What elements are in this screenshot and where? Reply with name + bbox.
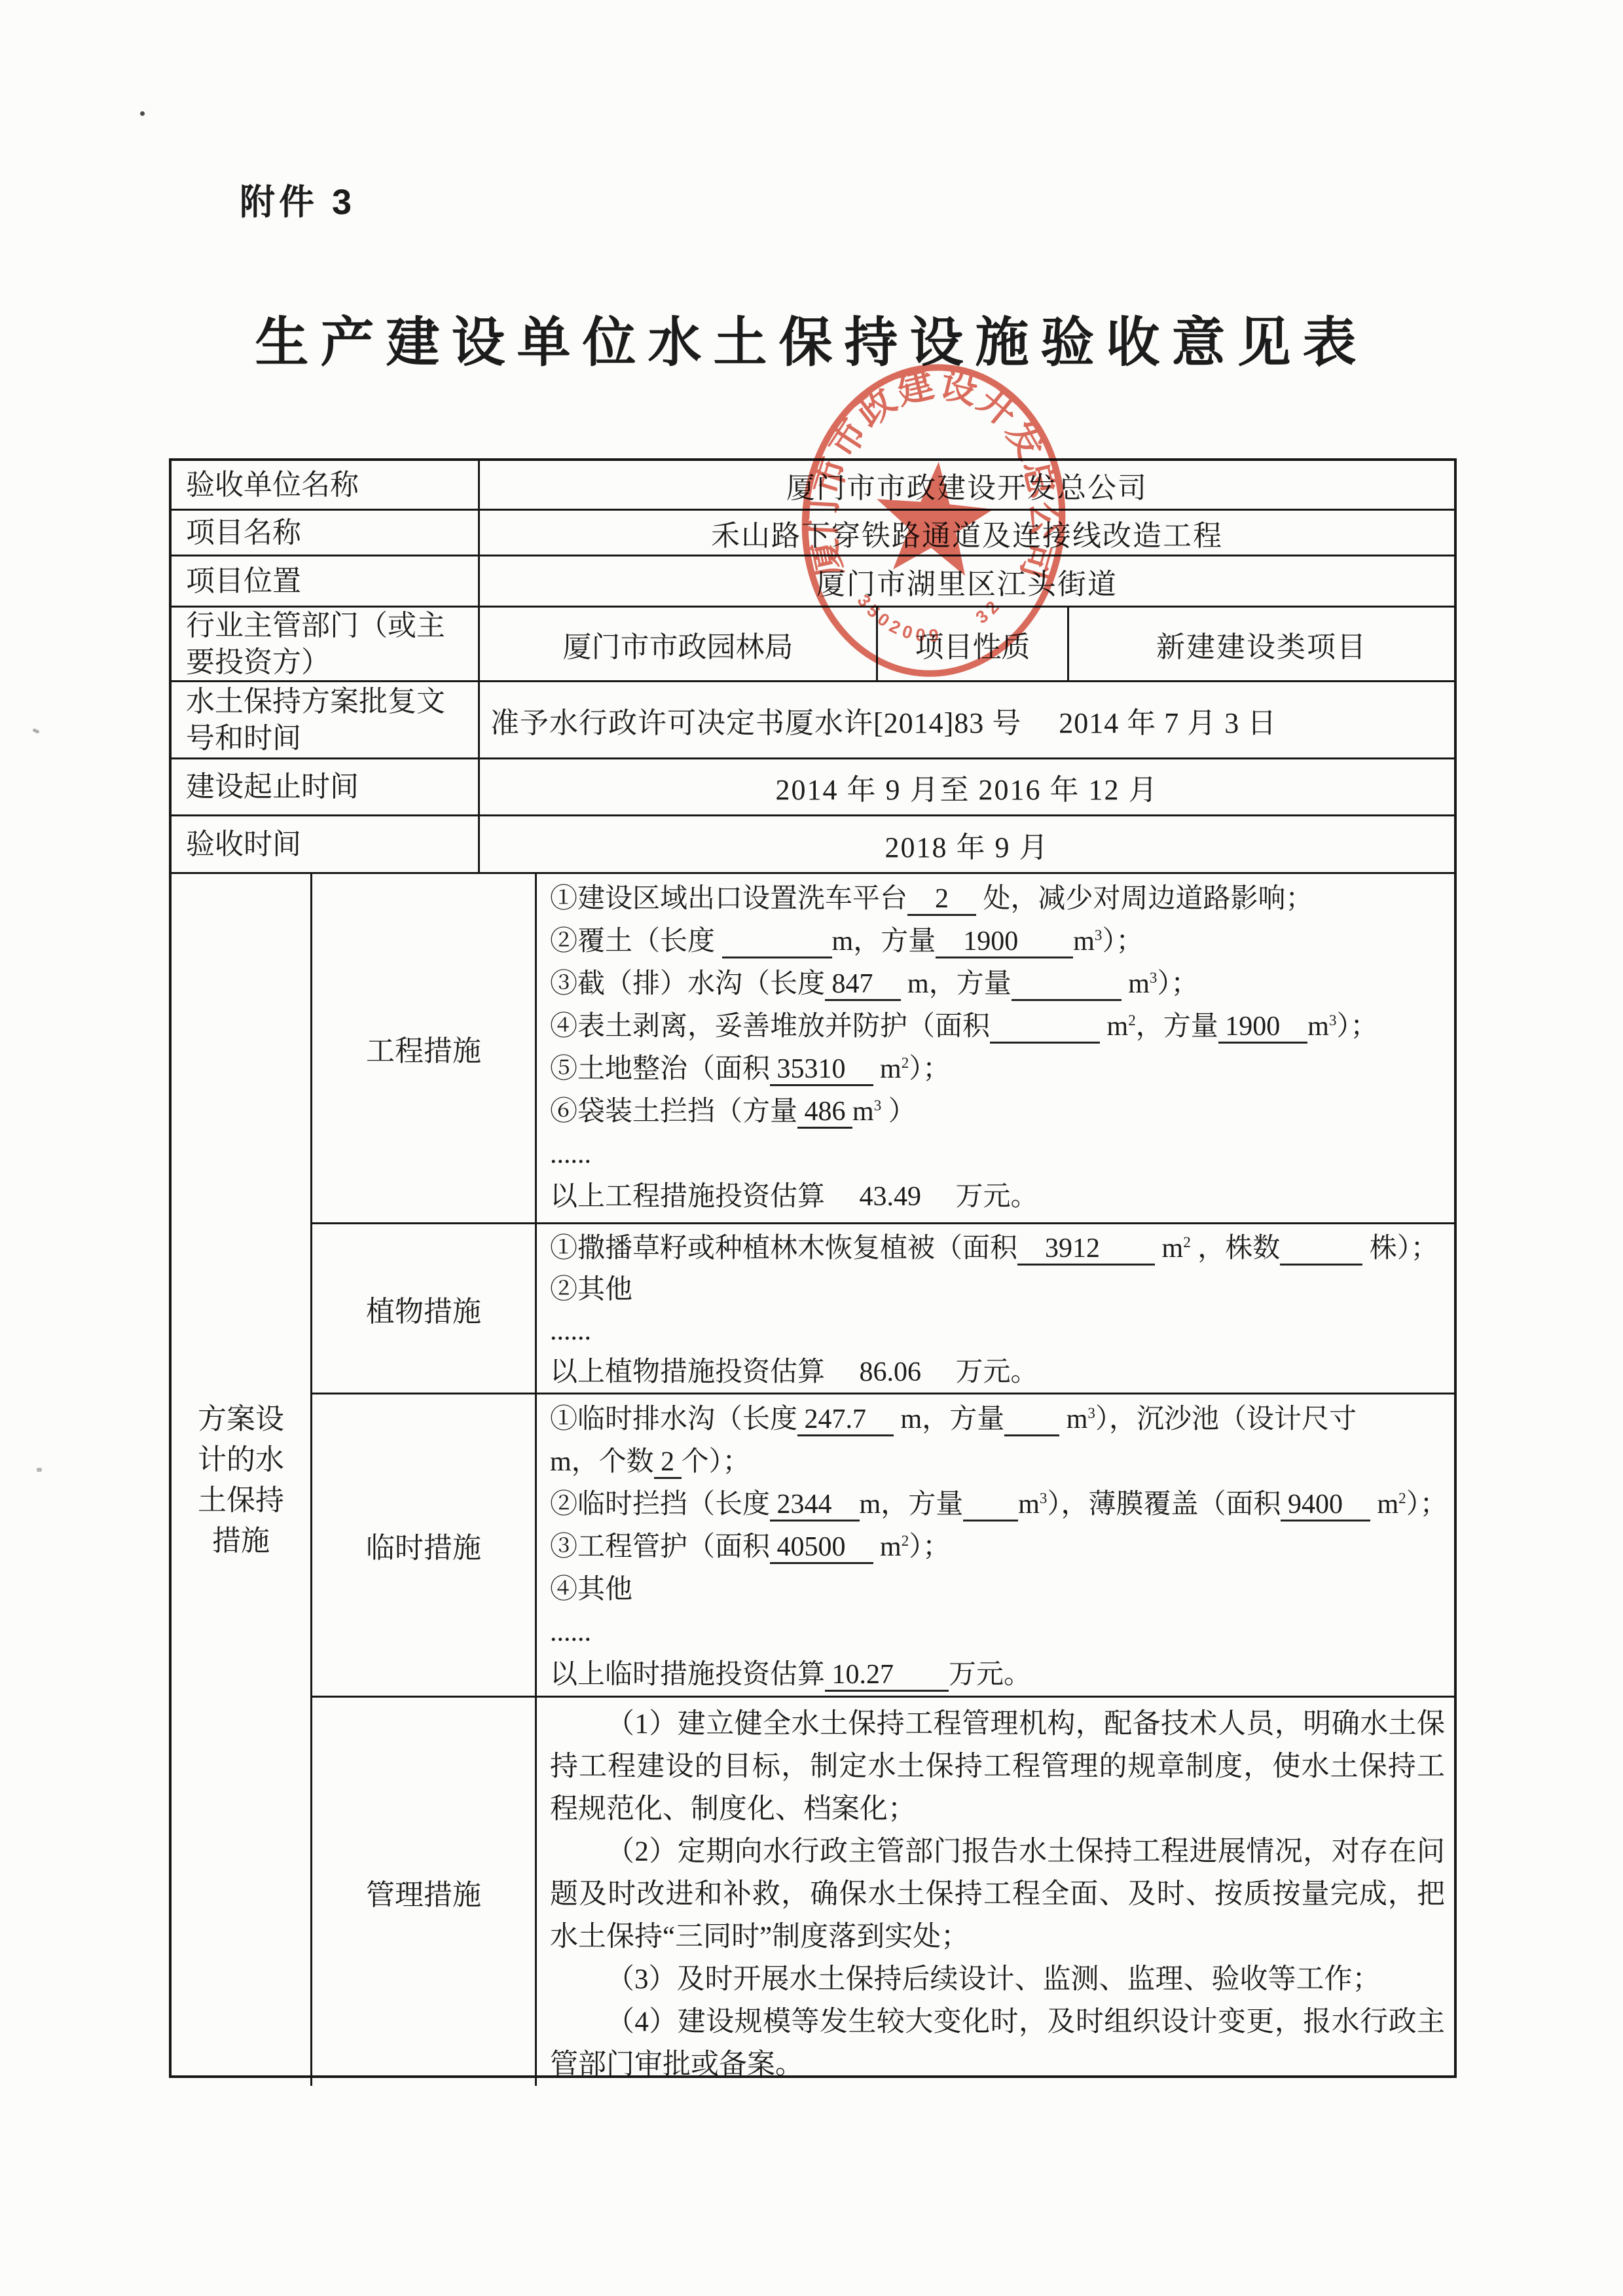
content-line: ...... — [550, 1133, 1449, 1176]
row-label: 项目名称 — [172, 511, 478, 555]
row-label: 验收单位名称 — [172, 461, 478, 509]
content-line: ④其他 — [550, 1569, 1449, 1611]
content-line: ...... — [550, 1311, 1449, 1352]
content-line: 以上工程措施投资估算 43.49 万元。 — [550, 1176, 1449, 1218]
table-row: 水土保持方案批复文号和时间 准予水行政许可决定书厦水许[2014]83 号 20… — [172, 680, 1454, 757]
content-line: ...... — [550, 1611, 1449, 1654]
content-line: ③截（排）水沟（长度 847 m，方量 m3）； — [550, 963, 1449, 1006]
measure-subrow: 管理措施 （1）建立健全水土保持工程管理机构，配备技术人员，明确水土保持工程建设… — [312, 1696, 1454, 2086]
measure-subrow: 工程措施 ①建设区域出口设置洗车平台 2 处，减少对周边道路影响；②覆土（长度 … — [312, 874, 1454, 1222]
measures-header: 方案设计的水土保持措施 — [172, 874, 310, 2086]
row-subvalue: 新建建设类项目 — [1067, 608, 1454, 680]
content-line: 以上临时措施投资估算 10.27 万元。 — [550, 1654, 1449, 1696]
measure-label: 管理措施 — [312, 1698, 535, 2086]
content-line: ②临时拦挡（长度 2344 m，方量 m3），薄膜覆盖（面积 9400 m2）； — [550, 1484, 1449, 1526]
table-row: 验收时间 2018 年 9 月 — [172, 814, 1454, 872]
table-row: 项目位置 厦门市湖里区江头街道 — [172, 555, 1454, 606]
content-paragraph: （1）建立健全水土保持工程管理机构，配备技术人员，明确水土保持工程建设的目标，制… — [550, 1703, 1445, 1831]
attachment-label: 附件 3 — [240, 174, 356, 225]
table-row: 验收单位名称 厦门市市政建设开发总公司 — [172, 461, 1454, 509]
content-line: 措施 — [212, 1521, 270, 1561]
content-line: ②其他 — [550, 1269, 1449, 1311]
content-line: 以上植物措施投资估算 86.06 万元。 — [550, 1352, 1449, 1393]
row-value: 禾山路下穿铁路通道及连接线改造工程 — [478, 511, 1454, 555]
measure-content: ①撒播草籽或种植林木恢复植被（面积 3912 m2 ，株数 株）；②其他....… — [535, 1224, 1454, 1393]
measures-body: 工程措施 ①建设区域出口设置洗车平台 2 处，减少对周边道路影响；②覆土（长度 … — [310, 874, 1454, 2086]
content-paragraph: （4）建设规模等发生较大变化时，及时组织设计变更，报水行政主管部门审批或备案。 — [550, 2001, 1445, 2086]
acceptance-form-table: 验收单位名称 厦门市市政建设开发总公司 项目名称 禾山路下穿铁路通道及连接线改造… — [169, 458, 1457, 2078]
content-line: ②覆土（长度 m，方量 1900 m3）； — [550, 920, 1449, 963]
row-sublabel: 项目性质 — [876, 608, 1067, 680]
row-value: 厦门市湖里区江头街道 — [478, 556, 1454, 606]
measure-content: （1）建立健全水土保持工程管理机构，配备技术人员，明确水土保持工程建设的目标，制… — [535, 1698, 1454, 2086]
scan-speck — [32, 728, 39, 734]
row-value: 准予水行政许可决定书厦水许[2014]83 号 2014 年 7 月 3 日 — [478, 682, 1454, 757]
row-label: 建设起止时间 — [172, 759, 478, 814]
scanned-document-page: 附件 3 生产建设单位水土保持设施验收意见表 验收单位名称 厦门市市政建设开发总… — [0, 0, 1623, 2296]
scan-speck — [140, 111, 145, 116]
content-line: ④表土剥离，妥善堆放并防护（面积 m2，方量 1900 m3）； — [550, 1006, 1449, 1048]
measures-row: 方案设计的水土保持措施 工程措施 ①建设区域出口设置洗车平台 2 处，减少对周边… — [172, 872, 1454, 2086]
measure-subrow: 植物措施 ①撒播草籽或种植林木恢复植被（面积 3912 m2 ，株数 株）；②其… — [312, 1222, 1454, 1393]
scan-speck — [37, 1468, 42, 1472]
row-label: 项目位置 — [172, 556, 478, 606]
row-value: 2014 年 9 月至 2016 年 12 月 — [478, 759, 1454, 814]
content-line: ①建设区域出口设置洗车平台 2 处，减少对周边道路影响； — [550, 878, 1449, 920]
row-label: 行业主管部门（或主要投资方） — [172, 608, 478, 680]
measure-content: ①临时排水沟（长度 247.7 m，方量 m3），沉沙池（设计尺寸m，个数 2 … — [535, 1394, 1454, 1696]
table-row: 项目名称 禾山路下穿铁路通道及连接线改造工程 — [172, 509, 1454, 555]
table-row: 建设起止时间 2014 年 9 月至 2016 年 12 月 — [172, 757, 1454, 814]
row-value: 2018 年 9 月 — [478, 816, 1454, 872]
content-line: m，个数 2 个）； — [550, 1441, 1449, 1484]
measure-content: ①建设区域出口设置洗车平台 2 处，减少对周边道路影响；②覆土（长度 m，方量 … — [535, 874, 1454, 1222]
content-line: 方案设 — [198, 1399, 284, 1440]
measure-subrow: 临时措施 ①临时排水沟（长度 247.7 m，方量 m3），沉沙池（设计尺寸m，… — [312, 1393, 1454, 1696]
content-line: ⑤土地整治（面积 35310 m2）； — [550, 1048, 1449, 1091]
table-row: 行业主管部门（或主要投资方） 厦门市市政园林局 项目性质 新建建设类项目 — [172, 606, 1454, 680]
content-paragraph: （2）定期向水行政主管部门报告水土保持工程进展情况，对存在问题及时改进和补救，确… — [550, 1831, 1445, 1958]
row-value: 厦门市市政建设开发总公司 — [478, 461, 1454, 509]
measure-label: 临时措施 — [312, 1394, 535, 1696]
row-value: 厦门市市政园林局 — [478, 608, 876, 680]
measure-label: 植物措施 — [312, 1224, 535, 1393]
row-label: 水土保持方案批复文号和时间 — [172, 682, 478, 757]
document-title: 生产建设单位水土保持设施验收意见表 — [0, 300, 1623, 376]
content-line: ③工程管护（面积 40500 m2）； — [550, 1526, 1449, 1569]
content-line: 土保持 — [198, 1480, 284, 1521]
row-label: 验收时间 — [172, 816, 478, 872]
content-line: ①撒播草籽或种植林木恢复植被（面积 3912 m2 ，株数 株）； — [550, 1228, 1449, 1269]
content-line: ①临时排水沟（长度 247.7 m，方量 m3），沉沙池（设计尺寸 — [550, 1398, 1449, 1441]
measure-label: 工程措施 — [312, 874, 535, 1222]
content-line: 计的水 — [198, 1440, 284, 1480]
content-line: ⑥袋装土拦挡（方量 486 m3 ） — [550, 1091, 1449, 1133]
content-paragraph: （3）及时开展水土保持后续设计、监测、监理、验收等工作； — [550, 1958, 1445, 2001]
